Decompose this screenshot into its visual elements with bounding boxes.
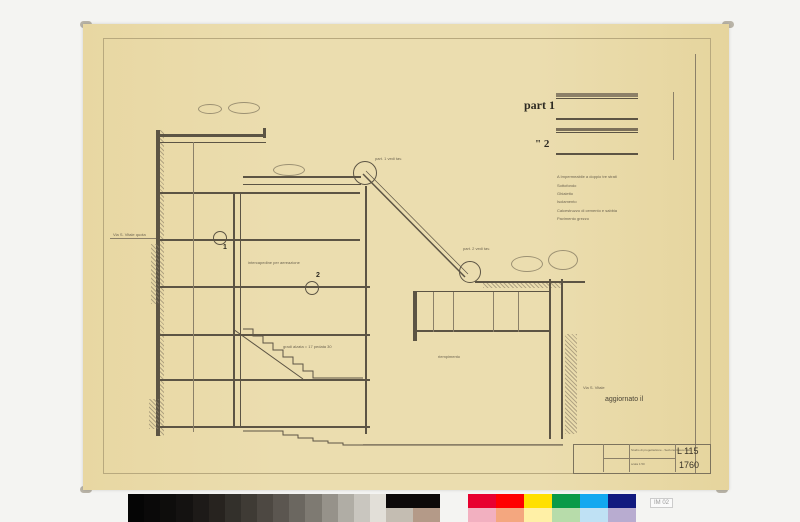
- scale-label: scala 1:50: [631, 462, 645, 466]
- legend-part2-label: " 2: [535, 138, 549, 150]
- sheet-number: 1760: [679, 460, 699, 470]
- detail-circle-1: [213, 231, 227, 245]
- color-patches: [468, 494, 636, 522]
- color-calibration-card: [128, 494, 640, 522]
- tree-right: [548, 250, 578, 270]
- sheet-code: L 115: [677, 446, 699, 456]
- street-level-left: Via S. Vitale quota: [113, 232, 146, 237]
- stair-section: [233, 324, 373, 384]
- floor-slab: [160, 192, 360, 194]
- drawing-sheet: part 1 " 2 A Impermeabile a doppio tre s…: [83, 24, 729, 490]
- legend-part1-label: part 1: [524, 98, 555, 113]
- catalog-label: IM 02: [650, 498, 673, 508]
- interspace-note: intercapedine per aereazione: [248, 260, 300, 265]
- roof-detail-circle-b: [459, 261, 481, 283]
- updated-stamp: aggiornato il: [605, 396, 643, 403]
- street-level-right: Via S. Vitale: [583, 385, 605, 390]
- detail-circle-2: [305, 281, 319, 295]
- grayscale-strip: [128, 494, 386, 522]
- fill-note: riempimento: [438, 354, 460, 359]
- black-patch: [386, 494, 440, 522]
- roof-detail-circle-a: [353, 161, 377, 185]
